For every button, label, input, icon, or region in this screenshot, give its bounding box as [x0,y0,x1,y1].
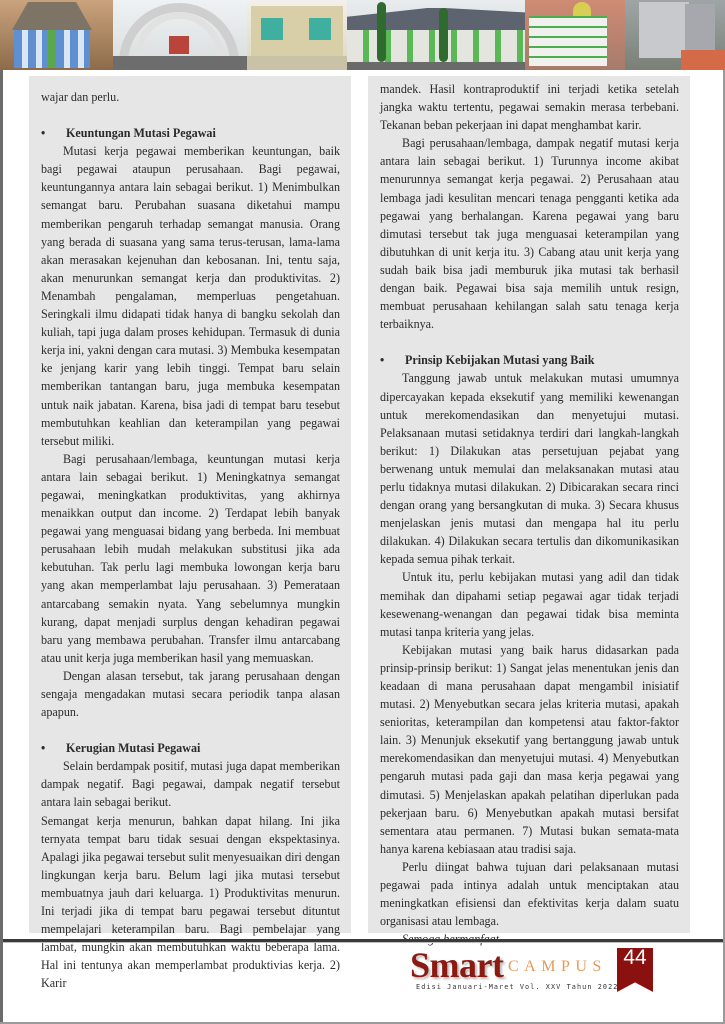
paragraph: Mutasi kerja pegawai memberikan keuntung… [41,142,340,450]
edition-label: Edisi Januari-Maret Vol. XXV Tahun 2022 [416,983,619,991]
paragraph: Semangat kerja menurun, bahkan dapat hil… [41,812,340,993]
section-heading-keuntungan: • Keuntungan Mutasi Pegawai [41,124,340,142]
paragraph: Untuk itu, perlu kebijakan mutasi yang a… [380,568,679,640]
bullet-icon: • [41,739,66,757]
brand-secondary: CAMPUS [508,958,607,976]
paragraph: Bagi perusahaan/lembaga, dampak negatif … [380,134,679,333]
section-heading-kerugian: • Kerugian Mutasi Pegawai [41,739,340,757]
arch-gate-photo [113,0,247,70]
blue-building-photo [0,0,113,70]
paragraph: Kebijakan mutasi yang baik harus didasar… [380,641,679,858]
smartcampus-logo: Smart CAMPUS Edisi Januari-Maret Vol. XX… [410,948,650,1004]
mosque-building-photo [525,0,625,70]
bullet-icon: • [41,124,66,142]
bullet-icon: • [380,351,405,369]
green-campus-photo [347,0,525,70]
page-border-left [0,70,3,1024]
left-column: wajar dan perlu. • Keuntungan Mutasi Peg… [29,76,351,933]
paragraph: Tanggung jawab untuk melakukan mutasi um… [380,369,679,568]
brand-primary: Smart [410,944,503,986]
paragraph: Dengan alasan tersebut, tak jarang perus… [41,667,340,721]
section-title: Kerugian Mutasi Pegawai [66,739,200,757]
header-photo-strip [0,0,725,70]
section-heading-prinsip: • Prinsip Kebijakan Mutasi yang Baik [380,351,679,369]
section-title: Prinsip Kebijakan Mutasi yang Baik [405,351,595,369]
right-column: mandek. Hasil kontraproduktif ini terjad… [368,76,690,933]
footer-divider-light [3,942,723,943]
lead-line: wajar dan perlu. [41,88,340,106]
page-number: 44 [617,946,653,970]
paragraph: Selain berdampak positif, mutasi juga da… [41,757,340,811]
paragraph: Perlu diingat bahwa tujuan dari pelaksan… [380,858,679,930]
aerial-building-photo [625,0,725,70]
glass-office-photo [247,0,347,70]
paragraph: mandek. Hasil kontraproduktif ini terjad… [380,80,679,134]
paragraph: Bagi perusahaan/lembaga, keuntungan muta… [41,450,340,667]
section-title: Keuntungan Mutasi Pegawai [66,124,216,142]
